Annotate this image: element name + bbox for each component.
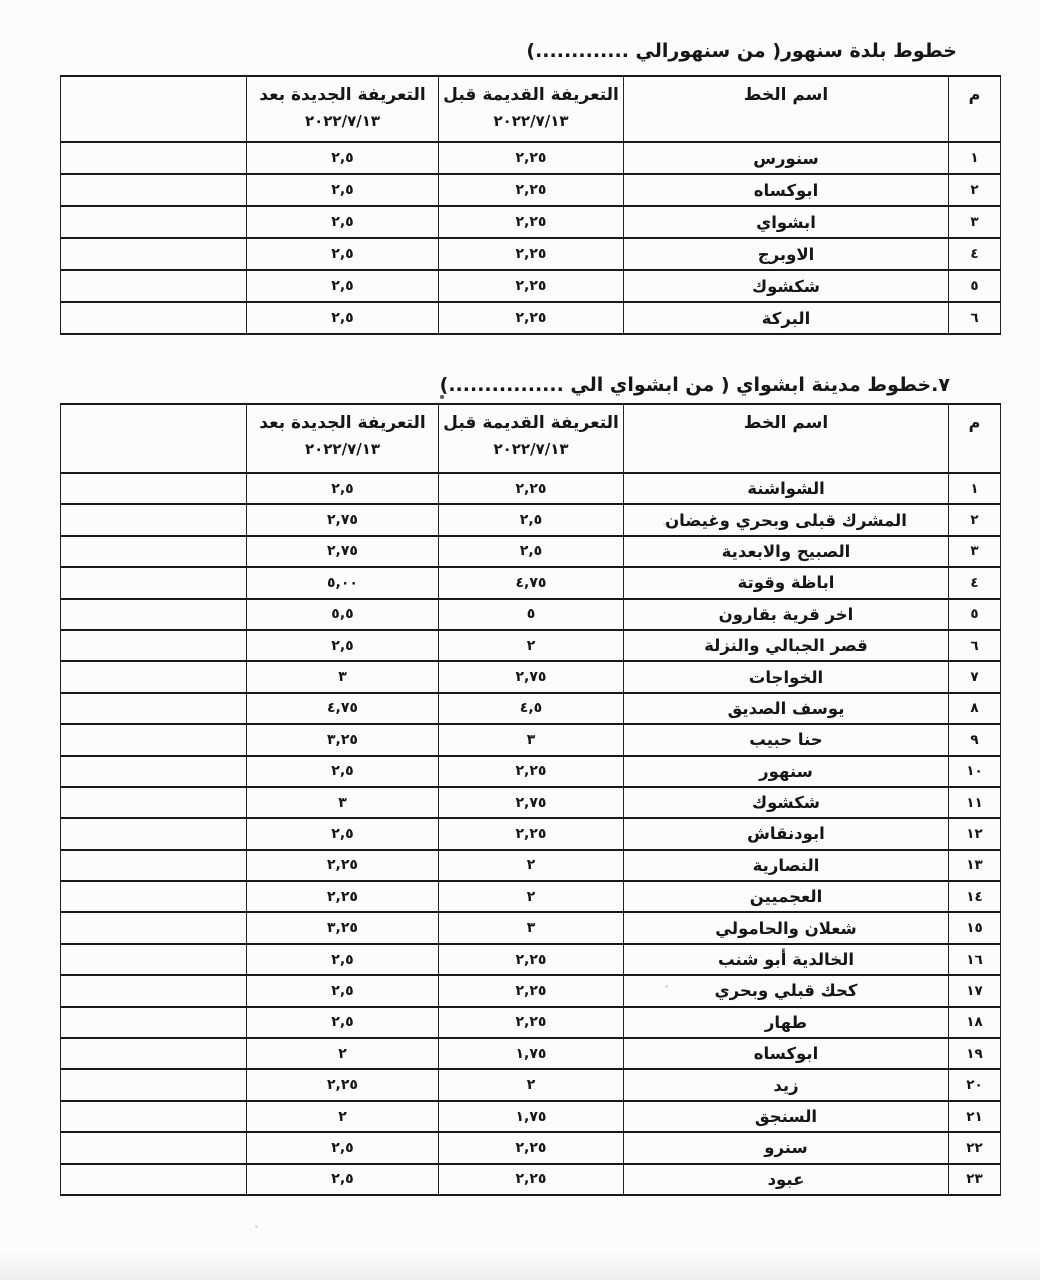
table2-line-name-cell: شعلان والحامولي (624, 912, 949, 943)
table1-serial-cell: ١ (949, 142, 1001, 174)
table2-new-tariff-cell: ٣,٢٥ (247, 912, 439, 943)
table2-empty-cell (61, 881, 247, 912)
table2-old-tariff-cell: ٢,٢٥ (439, 944, 624, 975)
table2-row: ١٠سنهور٢,٢٥٢,٥ (61, 756, 1001, 787)
table2-line-name-cell: السنجق (624, 1101, 949, 1132)
table2-old-tariff-cell: ٤,٥ (439, 693, 624, 724)
table2-row: ١٦الخالدية أبو شنب٢,٢٥٢,٥ (61, 944, 1001, 975)
table1-old-tariff-date: ٢٠٢٢/٧/١٣ (439, 112, 623, 130)
table1-old-tariff-cell: ٢,٢٥ (439, 270, 624, 302)
table1-title: خطوط بلدة سنهور( من سنهورالي ...........… (526, 40, 957, 62)
table2-serial-cell: ٣ (949, 536, 1001, 567)
table1-old-tariff-cell: ٢,٢٥ (439, 206, 624, 238)
table2-serial-cell: ٢٠ (949, 1069, 1001, 1100)
table2-new-tariff-cell: ٢,٥ (247, 1164, 439, 1195)
table2-line-name-cell: الخالدية أبو شنب (624, 944, 949, 975)
table1-empty-cell (61, 174, 247, 206)
table2-serial-cell: ٢٣ (949, 1164, 1001, 1195)
table2-row: ٢٢سنرو٢,٢٥٢,٥ (61, 1132, 1001, 1163)
table1-old-tariff-cell: ٢,٢٥ (439, 238, 624, 270)
table2-old-tariff-cell: ٢ (439, 881, 624, 912)
table2-serial-cell: ٥ (949, 599, 1001, 630)
table2-line-name-cell: يوسف الصديق (624, 693, 949, 724)
table2-serial-cell: ١٠ (949, 756, 1001, 787)
table2-empty-cell (61, 944, 247, 975)
table2-new-tariff-cell: ٢,٥ (247, 756, 439, 787)
table2-line-name-cell: شكشوك (624, 787, 949, 818)
table2-serial-cell: ١٢ (949, 818, 1001, 849)
ink-speck (255, 1225, 258, 1228)
table1-header-row: م اسم الخط التعريفة القديمة قبل ٢٠٢٢/٧/١… (61, 76, 1001, 142)
table1-new-tariff-cell: ٢,٥ (247, 142, 439, 174)
table1-empty-cell (61, 238, 247, 270)
table2-header-new-tariff: التعريفة الجديدة بعد ٢٠٢٢/٧/١٣ (247, 404, 439, 473)
table2-serial-cell: ٢٢ (949, 1132, 1001, 1163)
table2-serial-cell: ٢ (949, 504, 1001, 535)
table2-old-tariff-cell: ٢,٢٥ (439, 975, 624, 1006)
table2-line-name-cell: سنهور (624, 756, 949, 787)
table1-new-tariff-date: ٢٠٢٢/٧/١٣ (247, 112, 438, 130)
table2-serial-cell: ١٧ (949, 975, 1001, 1006)
table2-new-tariff-label: التعريفة الجديدة بعد (247, 413, 438, 433)
table1-serial-cell: ٢ (949, 174, 1001, 206)
table2-new-tariff-cell: ٢,٥ (247, 975, 439, 1006)
table2-old-tariff-date: ٢٠٢٢/٧/١٣ (439, 440, 623, 458)
table1-row: ٦البركة٢,٢٥٢,٥ (61, 302, 1001, 334)
table2-line-name-cell: اباظة وقوتة (624, 567, 949, 598)
table2-line-name-cell: النصارية (624, 850, 949, 881)
table1-empty-cell (61, 142, 247, 174)
table1-header-serial: م (949, 76, 1001, 142)
table2-ibshaway-lines: م اسم الخط التعريفة القديمة قبل ٢٠٢٢/٧/١… (60, 403, 1001, 1196)
table1-line-name-cell: سنورس (624, 142, 949, 174)
table2-serial-cell: ١٦ (949, 944, 1001, 975)
table1-serial-cell: ٤ (949, 238, 1001, 270)
table1-row: ٤الاوبرج٢,٢٥٢,٥ (61, 238, 1001, 270)
table2-title: ٧.خطوط مدينة ابشواي ( من ابشواي الي ....… (440, 374, 950, 396)
table2-line-name-cell: طهار (624, 1007, 949, 1038)
table1-old-tariff-cell: ٢,٢٥ (439, 302, 624, 334)
table2-serial-cell: ٤ (949, 567, 1001, 598)
table2-serial-cell: ٦ (949, 630, 1001, 661)
table1-new-tariff-cell: ٢,٥ (247, 206, 439, 238)
table2-empty-cell (61, 567, 247, 598)
table2-row: ٢٣عبود٢,٢٥٢,٥ (61, 1164, 1001, 1195)
table2-new-tariff-cell: ٢,٥ (247, 944, 439, 975)
table2-row: ١٣النصارية٢٢,٢٥ (61, 850, 1001, 881)
table2-row: ١٧كحك قبلي وبحري٢,٢٥٢,٥ (61, 975, 1001, 1006)
table2-empty-cell (61, 1007, 247, 1038)
table2-row: ٣الصبيح والابعدية٢,٥٢,٧٥ (61, 536, 1001, 567)
table1-line-name-cell: ابوكساه (624, 174, 949, 206)
table1-row: ١سنورس٢,٢٥٢,٥ (61, 142, 1001, 174)
table2-serial-cell: ١٣ (949, 850, 1001, 881)
table2-new-tariff-cell: ٢,٥ (247, 1132, 439, 1163)
table1-new-tariff-cell: ٢,٥ (247, 238, 439, 270)
table2-empty-cell (61, 661, 247, 692)
table1-empty-cell (61, 270, 247, 302)
table2-line-name-cell: قصر الجبالي والنزلة (624, 630, 949, 661)
table2-row: ١١شكشوك٢,٧٥٣ (61, 787, 1001, 818)
table1-old-tariff-cell: ٢,٢٥ (439, 142, 624, 174)
table1-row: ٣ابشواي٢,٢٥٢,٥ (61, 206, 1001, 238)
table2-old-tariff-cell: ٢,٧٥ (439, 661, 624, 692)
table2-row: ٤اباظة وقوتة٤,٧٥٥,٠٠ (61, 567, 1001, 598)
table1-header-line-name: اسم الخط (624, 76, 949, 142)
table2-new-tariff-cell: ٢ (247, 1038, 439, 1069)
table2-row: ٥اخر قرية بقارون٥٥,٥ (61, 599, 1001, 630)
table2-old-tariff-cell: ٢,٢٥ (439, 1007, 624, 1038)
table2-line-name-cell: الصبيح والابعدية (624, 536, 949, 567)
table2-new-tariff-cell: ٥,٠٠ (247, 567, 439, 598)
table2-old-tariff-cell: ٢,٢٥ (439, 1132, 624, 1163)
table2-old-tariff-cell: ١,٧٥ (439, 1038, 624, 1069)
table1-new-tariff-cell: ٢,٥ (247, 174, 439, 206)
table2-line-name-cell: الخواجات (624, 661, 949, 692)
table2-serial-cell: ١ (949, 473, 1001, 504)
table2-row: ٢المشرك قبلى وبحري وغيضان٢,٥٢,٧٥ (61, 504, 1001, 535)
table1-header-new-tariff: التعريفة الجديدة بعد ٢٠٢٢/٧/١٣ (247, 76, 439, 142)
table2-old-tariff-cell: ١,٧٥ (439, 1101, 624, 1132)
table1-row: ٢ابوكساه٢,٢٥٢,٥ (61, 174, 1001, 206)
table1-line-name-cell: شكشوك (624, 270, 949, 302)
table2-header-empty-column (61, 404, 247, 473)
table1-row: ٥شكشوك٢,٢٥٢,٥ (61, 270, 1001, 302)
table2-serial-cell: ٢١ (949, 1101, 1001, 1132)
table2-empty-cell (61, 787, 247, 818)
table2-row: ٦قصر الجبالي والنزلة٢٢,٥ (61, 630, 1001, 661)
table2-row: ٢٠زيد٢٢,٢٥ (61, 1069, 1001, 1100)
table2-old-tariff-cell: ٢,٢٥ (439, 756, 624, 787)
table2-old-tariff-cell: ٢,٥ (439, 536, 624, 567)
table2-new-tariff-cell: ٣ (247, 661, 439, 692)
table2-row: ١٤العجميين٢٢,٢٥ (61, 881, 1001, 912)
table2-header-line-name: اسم الخط (624, 404, 949, 473)
table2-serial-cell: ١٩ (949, 1038, 1001, 1069)
table2-line-name-cell: حنا حبيب (624, 724, 949, 755)
table2-empty-cell (61, 536, 247, 567)
table2-new-tariff-cell: ٢,٥ (247, 1007, 439, 1038)
table2-row: ٢١السنجق١,٧٥٢ (61, 1101, 1001, 1132)
table2-header-serial: م (949, 404, 1001, 473)
table2-serial-cell: ١٤ (949, 881, 1001, 912)
table2-row: ١الشواشنة٢,٢٥٢,٥ (61, 473, 1001, 504)
table2-old-tariff-cell: ٢,٥ (439, 504, 624, 535)
table2-new-tariff-cell: ٢,٧٥ (247, 536, 439, 567)
table2-serial-cell: ١٨ (949, 1007, 1001, 1038)
table2-row: ١٢ابودنقاش٢,٢٥٢,٥ (61, 818, 1001, 849)
table2-line-name-cell: عبود (624, 1164, 949, 1195)
table2-empty-cell (61, 473, 247, 504)
table2-old-tariff-cell: ٤,٧٥ (439, 567, 624, 598)
table2-old-tariff-cell: ٢,٢٥ (439, 1164, 624, 1195)
table2-empty-cell (61, 818, 247, 849)
table2-empty-cell (61, 1132, 247, 1163)
table2-new-tariff-cell: ٤,٧٥ (247, 693, 439, 724)
table2-serial-cell: ١٥ (949, 912, 1001, 943)
table1-empty-cell (61, 206, 247, 238)
table2-old-tariff-cell: ٢ (439, 1069, 624, 1100)
table2-serial-cell: ١١ (949, 787, 1001, 818)
table2-row: ١٩ابوكساه١,٧٥٢ (61, 1038, 1001, 1069)
scan-shadow (0, 1250, 1040, 1280)
table2-new-tariff-cell: ٢ (247, 1101, 439, 1132)
table2-new-tariff-cell: ٢,٢٥ (247, 850, 439, 881)
table2-line-name-cell: الشواشنة (624, 473, 949, 504)
table2-line-name-cell: ابودنقاش (624, 818, 949, 849)
table2-old-tariff-cell: ٣ (439, 912, 624, 943)
table2-new-tariff-cell: ٢,٢٥ (247, 881, 439, 912)
table2-serial-cell: ٧ (949, 661, 1001, 692)
table2-empty-cell (61, 599, 247, 630)
table1-empty-cell (61, 302, 247, 334)
table2-line-name-cell: زيد (624, 1069, 949, 1100)
table2-serial-cell: ٨ (949, 693, 1001, 724)
table2-empty-cell (61, 1101, 247, 1132)
table2-line-name-cell: كحك قبلي وبحري (624, 975, 949, 1006)
table2-line-name-cell: المشرك قبلى وبحري وغيضان (624, 504, 949, 535)
table2-row: ١٨طهار٢,٢٥٢,٥ (61, 1007, 1001, 1038)
table2-old-tariff-cell: ٢,٢٥ (439, 818, 624, 849)
table1-new-tariff-label: التعريفة الجديدة بعد (247, 85, 438, 105)
table2-empty-cell (61, 1164, 247, 1195)
table2-old-tariff-cell: ٣ (439, 724, 624, 755)
table2-new-tariff-cell: ٥,٥ (247, 599, 439, 630)
table2-old-tariff-cell: ٢ (439, 850, 624, 881)
table2-empty-cell (61, 1069, 247, 1100)
table2-empty-cell (61, 756, 247, 787)
table2-line-name-cell: العجميين (624, 881, 949, 912)
table2-new-tariff-cell: ٣ (247, 787, 439, 818)
table2-row: ٨يوسف الصديق٤,٥٤,٧٥ (61, 693, 1001, 724)
table2-line-name-cell: اخر قرية بقارون (624, 599, 949, 630)
table2-header-row: م اسم الخط التعريفة القديمة قبل ٢٠٢٢/٧/١… (61, 404, 1001, 473)
table2-empty-cell (61, 1038, 247, 1069)
table2-new-tariff-cell: ٣,٢٥ (247, 724, 439, 755)
table2-old-tariff-cell: ٢ (439, 630, 624, 661)
table2-old-tariff-cell: ٢,٧٥ (439, 787, 624, 818)
table1-new-tariff-cell: ٢,٥ (247, 302, 439, 334)
table1-line-name-cell: البركة (624, 302, 949, 334)
table2-row: ١٥شعلان والحامولي٣٣,٢٥ (61, 912, 1001, 943)
table2-header-old-tariff: التعريفة القديمة قبل ٢٠٢٢/٧/١٣ (439, 404, 624, 473)
table2-new-tariff-date: ٢٠٢٢/٧/١٣ (247, 440, 438, 458)
table1-header-old-tariff: التعريفة القديمة قبل ٢٠٢٢/٧/١٣ (439, 76, 624, 142)
table1-line-name-cell: الاوبرج (624, 238, 949, 270)
table2-empty-cell (61, 504, 247, 535)
table2-old-tariff-cell: ٢,٢٥ (439, 473, 624, 504)
table2-new-tariff-cell: ٢,٥ (247, 630, 439, 661)
table2-row: ٧الخواجات٢,٧٥٣ (61, 661, 1001, 692)
table2-new-tariff-cell: ٢,٧٥ (247, 504, 439, 535)
table2-empty-cell (61, 724, 247, 755)
table2-new-tariff-cell: ٢,٥ (247, 818, 439, 849)
table1-serial-cell: ٦ (949, 302, 1001, 334)
table1-serial-cell: ٥ (949, 270, 1001, 302)
table1-senhour-lines: م اسم الخط التعريفة القديمة قبل ٢٠٢٢/٧/١… (60, 75, 1001, 335)
table2-new-tariff-cell: ٢,٥ (247, 473, 439, 504)
table2-old-tariff-label: التعريفة القديمة قبل (439, 413, 623, 433)
table2-empty-cell (61, 630, 247, 661)
table2-empty-cell (61, 693, 247, 724)
table2-line-name-cell: ابوكساه (624, 1038, 949, 1069)
table1-old-tariff-label: التعريفة القديمة قبل (439, 85, 623, 105)
table2-empty-cell (61, 912, 247, 943)
table1-new-tariff-cell: ٢,٥ (247, 270, 439, 302)
table1-header-empty-column (61, 76, 247, 142)
scanned-document-page: خطوط بلدة سنهور( من سنهورالي ...........… (0, 0, 1040, 1280)
table2-serial-cell: ٩ (949, 724, 1001, 755)
table2-new-tariff-cell: ٢,٢٥ (247, 1069, 439, 1100)
table2-line-name-cell: سنرو (624, 1132, 949, 1163)
table2-old-tariff-cell: ٥ (439, 599, 624, 630)
table2-empty-cell (61, 975, 247, 1006)
table1-old-tariff-cell: ٢,٢٥ (439, 174, 624, 206)
table2-row: ٩حنا حبيب٣٣,٢٥ (61, 724, 1001, 755)
table2-empty-cell (61, 850, 247, 881)
table1-line-name-cell: ابشواي (624, 206, 949, 238)
table1-serial-cell: ٣ (949, 206, 1001, 238)
